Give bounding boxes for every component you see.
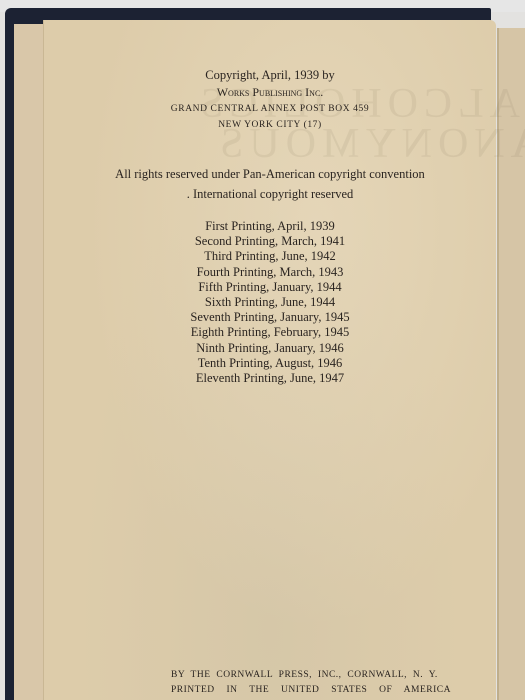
publisher-name: Works Publishing Inc. — [44, 84, 496, 101]
printing-item: First Printing, April, 1939 — [44, 219, 496, 234]
printing-item: Eleventh Printing, June, 1947 — [44, 371, 496, 386]
printing-item: Second Printing, March, 1941 — [44, 234, 496, 249]
rights-block: All rights reserved under Pan-American c… — [44, 164, 496, 204]
printing-item: Seventh Printing, January, 1945 — [44, 310, 496, 325]
endpaper-left — [14, 24, 47, 700]
printing-item: Ninth Printing, January, 1946 — [44, 341, 496, 356]
rights-line-2: . International copyright reserved — [44, 184, 496, 204]
printing-item: Fifth Printing, January, 1944 — [44, 280, 496, 295]
printer-line: BY THE CORNWALL PRESS, INC., CORNWALL, N… — [171, 668, 471, 683]
publisher-city: NEW YORK CITY (17) — [44, 117, 496, 133]
printing-history: First Printing, April, 1939 Second Print… — [44, 219, 496, 386]
copyright-block: Copyright, April, 1939 by Works Publishi… — [44, 67, 496, 133]
next-page-edge — [497, 28, 525, 700]
copyright-page: ALCOHOLICS ANONYMOUS Copyright, April, 1… — [44, 20, 496, 700]
printing-item: Fourth Printing, March, 1943 — [44, 265, 496, 280]
printed-in-line: PRINTED IN THE UNITED STATES OF AMERICA — [171, 683, 471, 698]
printing-item: Third Printing, June, 1942 — [44, 249, 496, 264]
printing-item: Tenth Printing, August, 1946 — [44, 356, 496, 371]
rights-line-1: All rights reserved under Pan-American c… — [44, 164, 496, 184]
copyright-line: Copyright, April, 1939 by — [44, 67, 496, 84]
publisher-address: GRAND CENTRAL ANNEX POST BOX 459 — [44, 101, 496, 117]
colophon: BY THE CORNWALL PRESS, INC., CORNWALL, N… — [171, 668, 471, 698]
printing-item: Sixth Printing, June, 1944 — [44, 295, 496, 310]
printing-item: Eighth Printing, February, 1945 — [44, 325, 496, 340]
